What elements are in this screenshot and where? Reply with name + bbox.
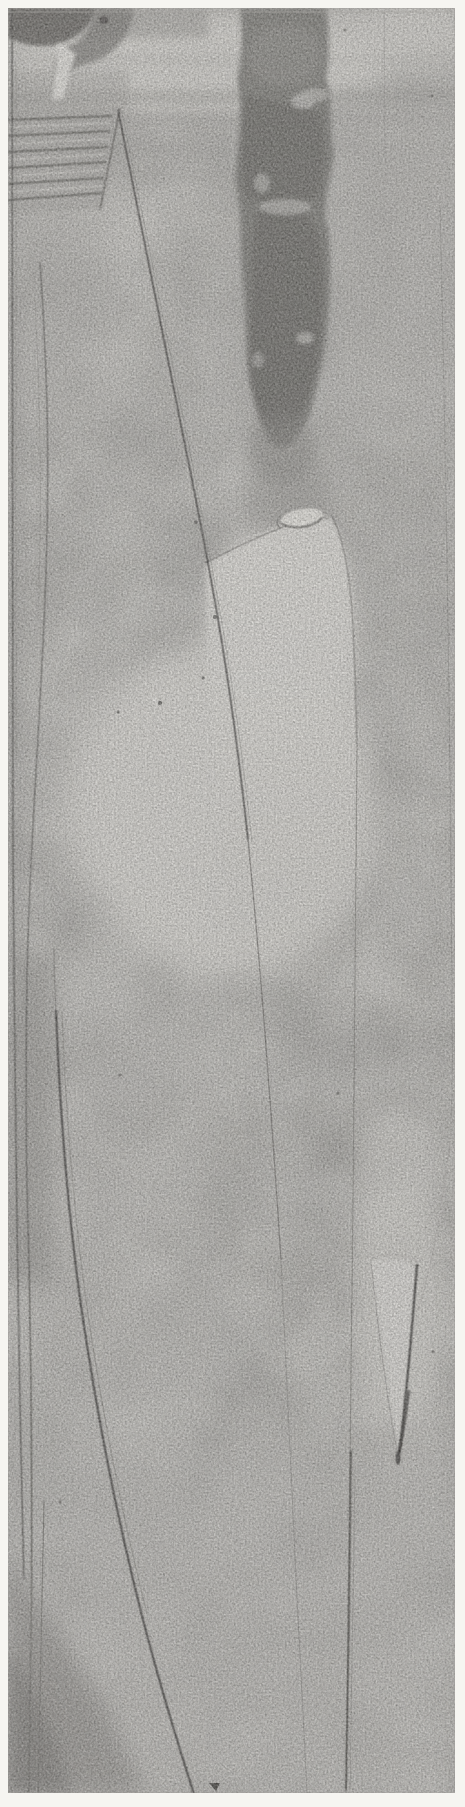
grain-fine xyxy=(8,8,455,1793)
film-grain xyxy=(8,8,455,1793)
leaf-photograph xyxy=(0,0,465,1807)
photo-canvas xyxy=(0,0,465,1807)
photo-emulsion xyxy=(8,8,465,1800)
